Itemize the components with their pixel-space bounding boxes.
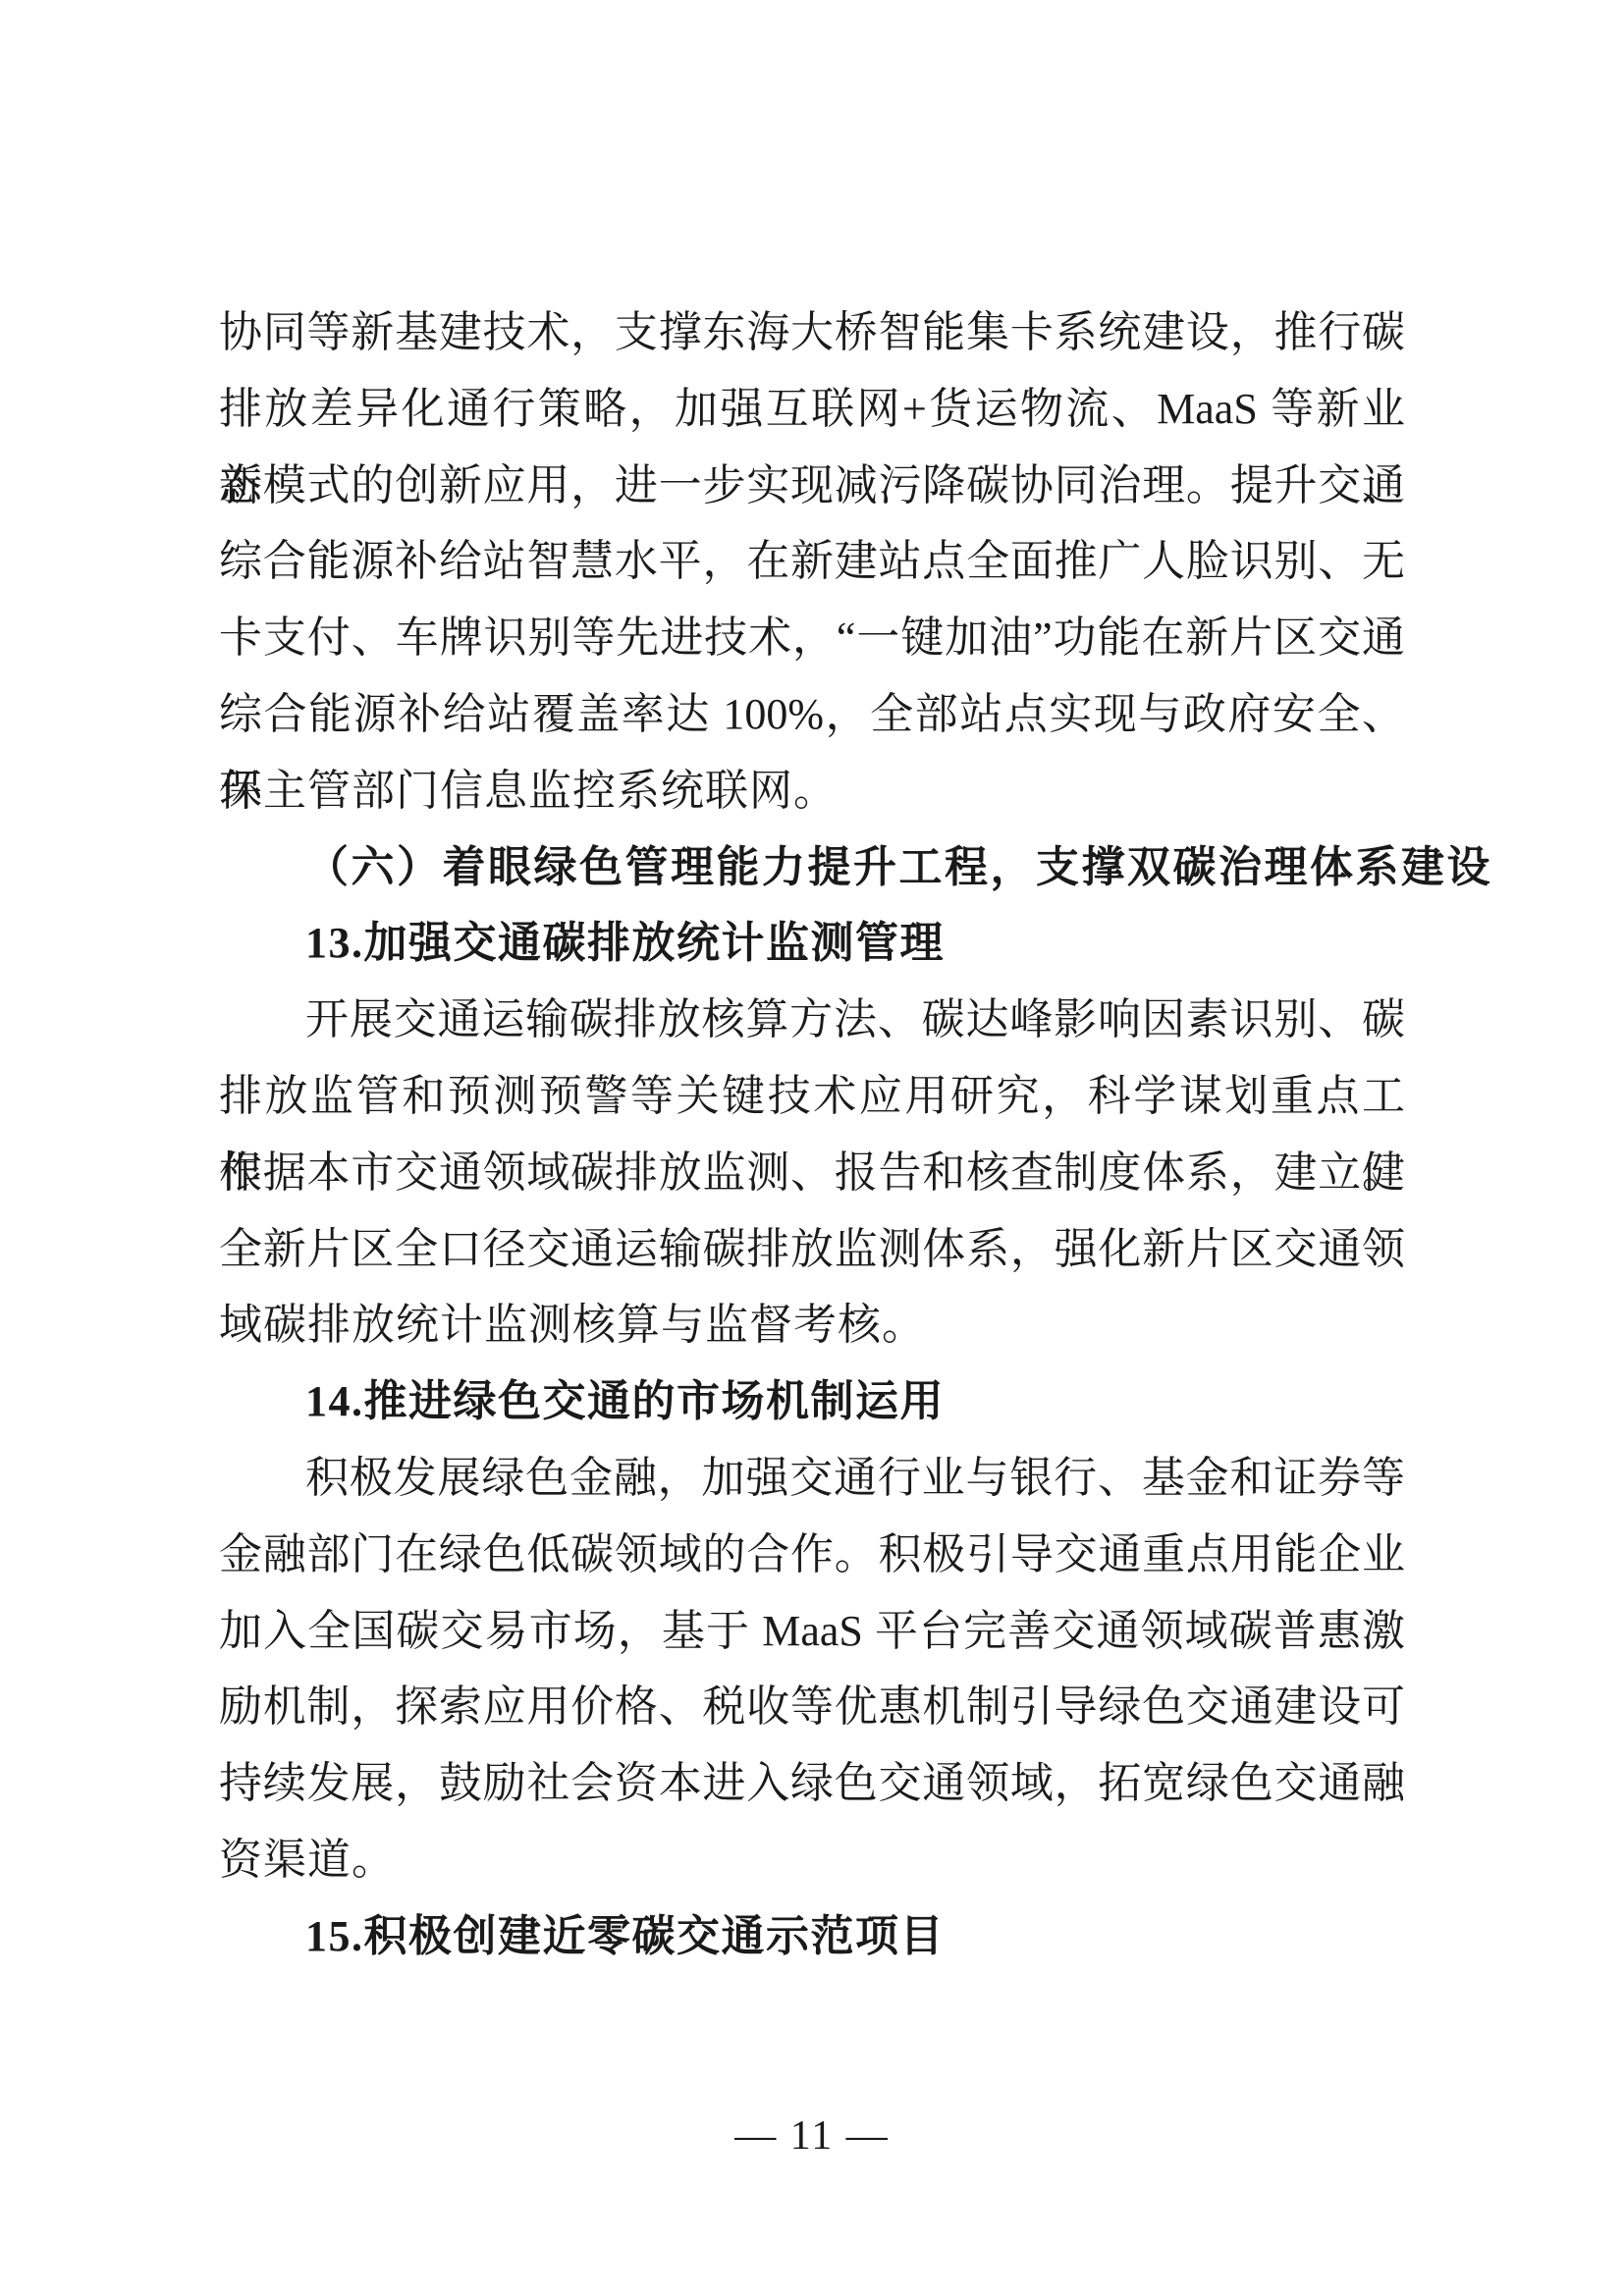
paragraph-line: 综合能源补给站智慧水平，在新建站点全面推广人脸识别、无 xyxy=(219,523,1405,600)
item-heading-14: 14.推进绿色交通的市场机制运用 xyxy=(219,1363,1405,1440)
paragraph-line: 励机制，探索应用价格、税收等优惠机制引导绿色交通建设可 xyxy=(219,1669,1405,1745)
paragraph-line: 排放差异化通行策略，加强互联网+货运物流、MaaS 等新业态、 xyxy=(219,371,1405,448)
paragraph-line: 卡支付、车牌识别等先进技术，“一键加油”功能在新片区交通 xyxy=(219,600,1405,676)
section-heading-6: （六）着眼绿色管理能力提升工程，支撑双碳治理体系建设 xyxy=(219,829,1405,906)
paragraph-line: 开展交通运输碳排放核算方法、碳达峰影响因素识别、碳 xyxy=(219,982,1405,1058)
paragraph-line: 综合能源补给站覆盖率达 100%，全部站点实现与政府安全、环 xyxy=(219,676,1405,753)
paragraph-line: 加入全国碳交易市场，基于 MaaS 平台完善交通领域碳普惠激 xyxy=(219,1593,1405,1670)
paragraph-line: 资渠道。 xyxy=(219,1822,1405,1898)
paragraph-line: 新模式的创新应用，进一步实现减污降碳协同治理。提升交通 xyxy=(219,448,1405,524)
paragraph-line: 根据本市交通领域碳排放监测、报告和核查制度体系，建立健 xyxy=(219,1135,1405,1211)
paragraph-line: 域碳排放统计监测核算与监督考核。 xyxy=(219,1287,1405,1363)
page-number: — 11 — xyxy=(0,2112,1624,2160)
paragraph-line: 持续发展，鼓励社会资本进入绿色交通领域，拓宽绿色交通融 xyxy=(219,1745,1405,1822)
paragraph-line: 协同等新基建技术，支撑东海大桥智能集卡系统建设，推行碳 xyxy=(219,294,1405,371)
item-heading-15: 15.积极创建近零碳交通示范项目 xyxy=(219,1898,1405,1975)
paragraph-line: 积极发展绿色金融，加强交通行业与银行、基金和证券等 xyxy=(219,1440,1405,1517)
document-page: 协同等新基建技术，支撑东海大桥智能集卡系统建设，推行碳 排放差异化通行策略，加强… xyxy=(0,0,1624,2296)
paragraph-line: 全新片区全口径交通运输碳排放监测体系，强化新片区交通领 xyxy=(219,1211,1405,1288)
text-column: 协同等新基建技术，支撑东海大桥智能集卡系统建设，推行碳 排放差异化通行策略，加强… xyxy=(219,294,1405,1975)
paragraph-line: 排放监管和预测预警等关键技术应用研究，科学谋划重点工作。 xyxy=(219,1058,1405,1135)
paragraph-line: 金融部门在绿色低碳领域的合作。积极引导交通重点用能企业 xyxy=(219,1517,1405,1593)
paragraph-line: 保主管部门信息监控系统联网。 xyxy=(219,753,1405,829)
item-heading-13: 13.加强交通碳排放统计监测管理 xyxy=(219,905,1405,982)
